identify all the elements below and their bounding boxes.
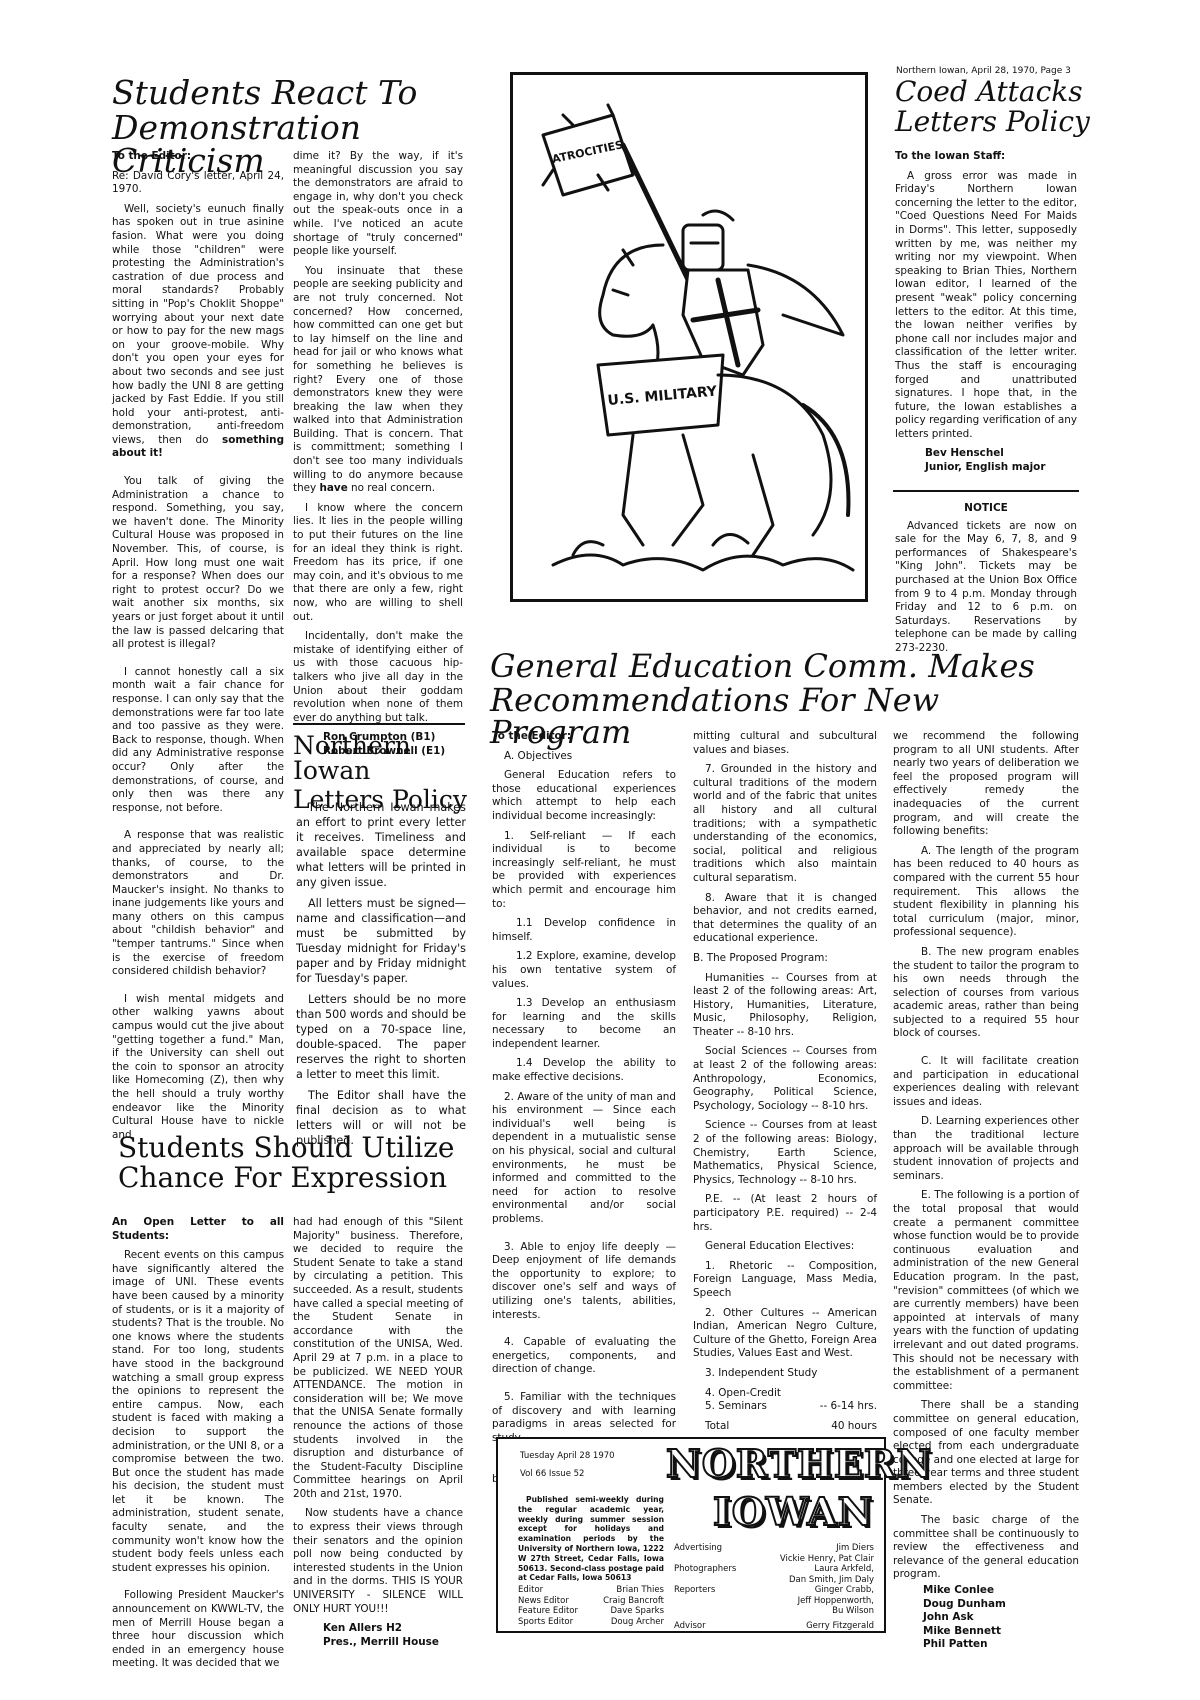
headline-line: Northern Iowan — [293, 733, 473, 783]
paragraph: Following President Maucker's announceme… — [112, 1589, 284, 1671]
paragraph: dime it? By the way, if it's meaningful … — [293, 150, 463, 259]
staff-row: Sports EditorDoug Archer — [518, 1617, 664, 1628]
paragraph: All letters must be signed—name and clas… — [296, 896, 466, 986]
gen-ed-col3: we recommend the following program to al… — [893, 730, 1079, 1652]
masthead-logo-iowan: IOWAN — [713, 1491, 833, 1533]
issue-date: Tuesday April 28 1970 — [520, 1451, 615, 1462]
paragraph: 1.1 Develop confidence in himself. — [492, 917, 676, 944]
staff-row: AdvisorGerry Fitzgerald — [674, 1621, 874, 1632]
paragraph: had had enough of this "Silent Majority"… — [293, 1216, 463, 1501]
divider — [893, 490, 1079, 492]
headline-students-should: Students Should Utilize Chance For Expre… — [118, 1134, 478, 1192]
knight-on-horse-illustration: ATROCITIES U.S. MILITARY — [513, 75, 865, 599]
staff-row: PhotographersLaura Arkfeld, — [674, 1564, 874, 1575]
paragraph: P.E. -- (At least 2 hours of participato… — [693, 1193, 877, 1234]
staff-right: AdvertisingJim Diers Vickie Henry, Pat C… — [674, 1543, 874, 1631]
paragraph: 3. Independent Study — [693, 1367, 877, 1381]
signature: Ken Allers H2 — [323, 1622, 463, 1636]
paragraph: I wish mental midgets and other walking … — [112, 993, 284, 1143]
paragraph: The basic charge of the committee shall … — [893, 1514, 1079, 1582]
students-react-col2: dime it? By the way, if it's meaningful … — [293, 150, 463, 759]
salutation: An Open Letter to all Students: — [112, 1216, 284, 1243]
paragraph: Re: David Cory's letter, April 24, 1970. — [112, 170, 284, 197]
paragraph: You talk of giving the Administration a … — [112, 475, 284, 652]
paragraph: 7. Grounded in the history and cultural … — [693, 763, 877, 885]
notice-title: NOTICE — [895, 502, 1077, 516]
paragraph: General Education refers to those educat… — [492, 769, 676, 823]
salutation: To the Iowan Staff: — [895, 150, 1077, 164]
paragraph: Incidentally, don't make the mistake of … — [293, 630, 463, 725]
paragraph: B. The new program enables the student t… — [893, 946, 1079, 1041]
paragraph: D. Learning experiences other than the t… — [893, 1115, 1079, 1183]
staff-row: ReportersGinger Crabb, — [674, 1585, 874, 1596]
paragraph: we recommend the following program to al… — [893, 730, 1079, 839]
headline-line: Students React To — [112, 76, 472, 109]
paragraph: 1.2 Explore, examine, develop his own te… — [492, 950, 676, 991]
publication-note: Published semi-weekly during the regular… — [518, 1495, 664, 1583]
paragraph: A gross error was made in Friday's North… — [895, 170, 1077, 442]
paragraph: 2. Aware of the unity of man and his env… — [492, 1091, 676, 1227]
students-react-col1: To the Editor: Re: David Cory's letter, … — [112, 150, 284, 1148]
notice-box: NOTICE Advanced tickets are now on sale … — [895, 502, 1077, 662]
paragraph: 4. Capable of evaluating the energetics,… — [492, 1336, 676, 1377]
paragraph: 1. Self-reliant — If each individual is … — [492, 830, 676, 912]
paragraph: I know where the concern lies. It lies i… — [293, 502, 463, 624]
paragraph: A. Objectives — [492, 750, 676, 764]
section-label: B. The Proposed Program: — [693, 952, 877, 966]
paragraph: Now students have a chance to express th… — [293, 1507, 463, 1616]
staff-row: EditorBrian Thies — [518, 1585, 664, 1596]
paragraph: E. The following is a portion of the tot… — [893, 1189, 1079, 1393]
paragraph: Well, society's eunuch finally has spoke… — [112, 203, 284, 461]
paragraph: General Education Electives: — [693, 1240, 877, 1254]
salutation: To the Editor: — [492, 730, 676, 744]
paragraph: 2. Other Cultures -- American Indian, Am… — [693, 1307, 877, 1361]
seminars-row: 5. Seminars -- 6-14 hrs. — [693, 1400, 877, 1414]
coed-body: To the Iowan Staff: A gross error was ma… — [895, 150, 1077, 475]
paragraph: C. It will facilitate creation and parti… — [893, 1055, 1079, 1109]
paragraph: You insinuate that these people are seek… — [293, 265, 463, 496]
notice-body: Advanced tickets are now on sale for the… — [895, 520, 1077, 656]
signature: Pres., Merrill House — [323, 1636, 463, 1650]
paragraph: Science -- Courses from at least 2 of th… — [693, 1119, 877, 1187]
paragraph: A response that was realistic and apprec… — [112, 829, 284, 979]
salutation: To the Editor: — [112, 150, 284, 164]
signature: Doug Dunham — [923, 1598, 1079, 1612]
paragraph: 8. Aware that it is changed behavior, an… — [693, 892, 877, 946]
masthead-logo-northern: NORTHERN — [666, 1443, 878, 1485]
students-should-col2: had had enough of this "Silent Majority"… — [293, 1216, 463, 1649]
gen-ed-col1: To the Editor: A. Objectives General Edu… — [492, 730, 676, 1493]
headline-line: Students Should Utilize — [118, 1134, 478, 1162]
signature: Bev Henschel — [925, 447, 1077, 461]
paragraph: The Northern Iowan makes an effort to pr… — [296, 800, 466, 890]
signature: Junior, English major — [925, 461, 1077, 475]
paragraph: 4. Open-Credit — [693, 1387, 877, 1401]
paragraph: 1. Rhetoric -- Composition, Foreign Lang… — [693, 1260, 877, 1301]
total-row: Total 40 hours — [693, 1420, 877, 1434]
headline-line: General Education Comm. Makes — [490, 650, 1090, 682]
paragraph: Humanities -- Courses from at least 2 of… — [693, 972, 877, 1040]
staff-row: Feature EditorDave Sparks — [518, 1606, 664, 1617]
paragraph: 1.4 Develop the ability to make effectiv… — [492, 1057, 676, 1084]
signature: Mike Bennett — [923, 1625, 1079, 1639]
staff-left: EditorBrian Thies News EditorCraig Bancr… — [518, 1585, 664, 1627]
divider — [293, 723, 465, 725]
signature: Phil Patten — [923, 1638, 1079, 1652]
paragraph: Letters should be no more than 500 words… — [296, 992, 466, 1082]
headline-line: Chance For Expression — [118, 1164, 478, 1192]
paragraph: Social Sciences -- Courses from at least… — [693, 1045, 877, 1113]
staff-row: News EditorCraig Bancroft — [518, 1596, 664, 1607]
gen-ed-col2: mitting cultural and subcultural values … — [693, 730, 877, 1473]
paragraph: Recent events on this campus have signif… — [112, 1249, 284, 1575]
paragraph: mitting cultural and subcultural values … — [693, 730, 877, 757]
headline-line: Letters Policy — [895, 108, 1095, 136]
headline-line: Coed Attacks — [895, 78, 1095, 106]
paragraph: I cannot honestly call a six month wait … — [112, 666, 284, 816]
issue-volume: Vol 66 Issue 52 — [520, 1469, 584, 1480]
letters-policy-body: The Northern Iowan makes an effort to pr… — [296, 800, 466, 1154]
paragraph: A. The length of the program has been re… — [893, 845, 1079, 940]
editorial-cartoon: ATROCITIES U.S. MILITARY — [510, 72, 868, 602]
students-should-col1: An Open Letter to all Students: Recent e… — [112, 1216, 284, 1677]
paragraph: 3. Able to enjoy life deeply — Deep enjo… — [492, 1241, 676, 1323]
signature: John Ask — [923, 1611, 1079, 1625]
signature: Mike Conlee — [923, 1584, 1079, 1598]
headline-coed-attacks: Coed Attacks Letters Policy — [895, 78, 1095, 136]
paragraph: 1.3 Develop an enthusiasm for learning a… — [492, 997, 676, 1051]
staff-row: AdvertisingJim Diers — [674, 1543, 874, 1554]
masthead-box: Tuesday April 28 1970 Vol 66 Issue 52 NO… — [496, 1437, 886, 1633]
